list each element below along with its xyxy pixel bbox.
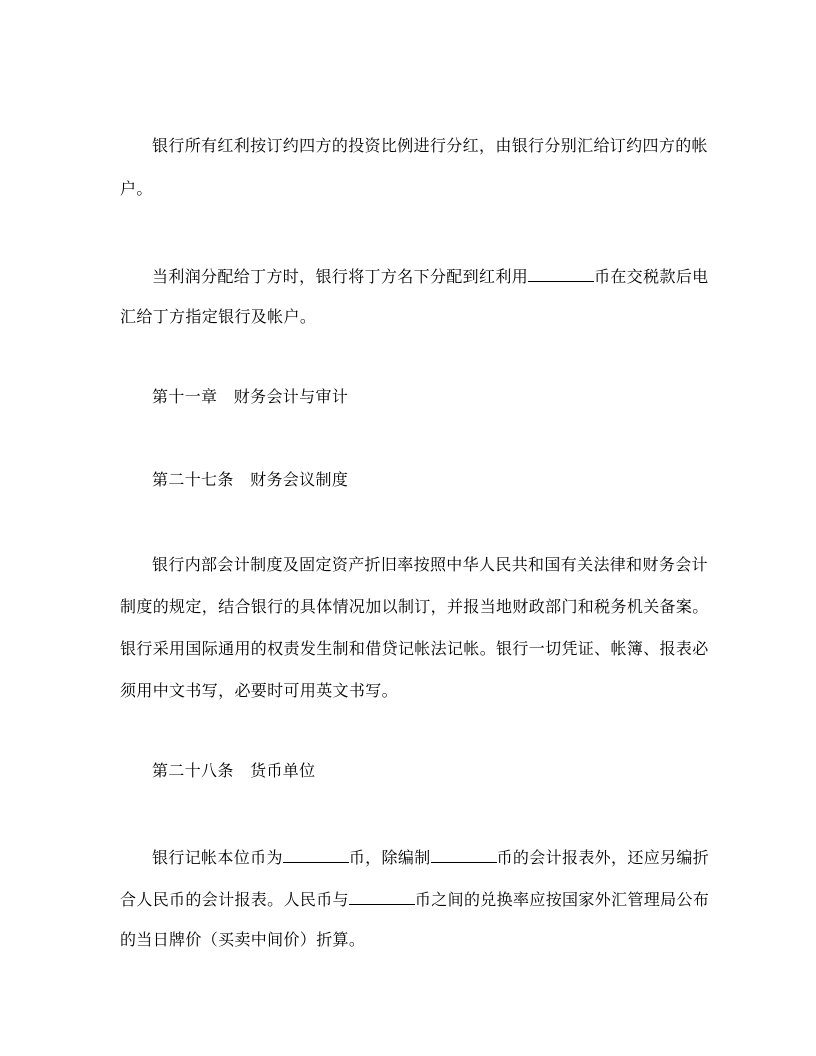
- text-segment: 当利润分配给丁方时，银行将丁方名下分配到红利用: [152, 267, 528, 286]
- paragraph-accounting-line-2: 制度的规定，结合银行的具体情况加以制订，并报当地财政部门和税务机关备案。: [120, 597, 709, 617]
- text-segment: 币在交税款后电: [594, 267, 708, 286]
- text-segment: 银行记帐本位币为: [152, 848, 283, 867]
- fill-in-blank: [349, 888, 415, 905]
- paragraph-dividend-line-2: 户。: [120, 179, 153, 199]
- paragraph-currency-line-1: 银行记帐本位币为币，除编制币的会计报表外，还应另编折: [152, 846, 709, 868]
- paragraph-accounting-line-4: 须用中文书写，必要时可用英文书写。: [120, 681, 398, 701]
- article-28-heading: 第二十八条 货币单位: [152, 761, 316, 781]
- fill-in-blank: [528, 265, 594, 282]
- paragraph-currency-line-3: 的当日牌价（买卖中间价）折算。: [120, 930, 365, 950]
- paragraph-party-d-line-1: 当利润分配给丁方时，银行将丁方名下分配到红利用币在交税款后电: [152, 265, 709, 287]
- paragraph-dividend-line-1: 银行所有红利按订约四方的投资比例进行分红，由银行分别汇给订约四方的帐: [152, 136, 708, 156]
- text-segment: 币之间的兑换率应按国家外汇管理局公布: [415, 890, 709, 909]
- text-segment: 合人民币的会计报表。人民币与: [120, 890, 349, 909]
- article-27-heading: 第二十七条 财务会议制度: [152, 470, 348, 490]
- fill-in-blank: [431, 846, 497, 863]
- paragraph-accounting-line-1: 银行内部会计制度及固定资产折旧率按照中华人民共和国有关法律和财务会计: [152, 555, 708, 575]
- text-segment: 币，除编制: [349, 848, 431, 867]
- paragraph-currency-line-2: 合人民币的会计报表。人民币与币之间的兑换率应按国家外汇管理局公布: [120, 888, 709, 910]
- paragraph-party-d-line-2: 汇给丁方指定银行及帐户。: [120, 307, 316, 327]
- chapter-11-heading: 第十一章 财务会计与审计: [152, 387, 348, 407]
- fill-in-blank: [283, 846, 349, 863]
- text-segment: 币的会计报表外，还应另编折: [497, 848, 710, 867]
- paragraph-accounting-line-3: 银行采用国际通用的权责发生制和借贷记帐法记帐。银行一切凭证、帐簿、报表必: [120, 639, 709, 659]
- document-page: 银行所有红利按订约四方的投资比例进行分红，由银行分别汇给订约四方的帐 户。 当利…: [0, 0, 816, 1056]
